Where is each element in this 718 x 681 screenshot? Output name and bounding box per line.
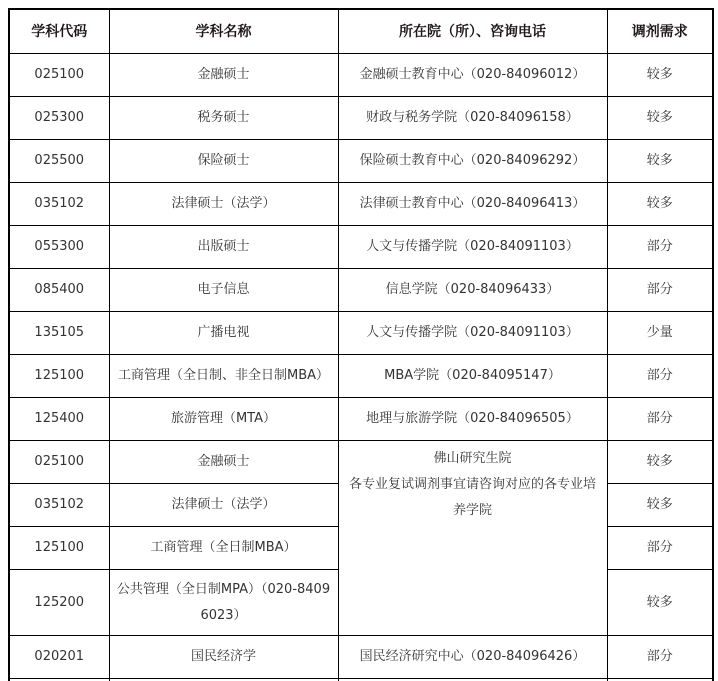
subject-name-cell: 法律硕士（法学） <box>109 183 338 226</box>
subject-code-cell: 085400 <box>9 269 109 312</box>
subject-name-cell: 法律硕士（法学） <box>109 484 338 527</box>
demand-cell: 较多 <box>607 54 713 97</box>
subject-code-cell: 125100 <box>9 527 109 570</box>
demand-cell: 较多 <box>607 570 713 636</box>
demand-cell: 少量 <box>607 312 713 355</box>
college-phone-cell: MBA学院（020-84095147） <box>338 355 607 398</box>
college-phone-cell: 保险硕士教育中心（020-84096292） <box>338 140 607 183</box>
subject-name-cell: 金融硕士 <box>109 54 338 97</box>
table-row: 135105 广播电视 人文与传播学院（020-84091103） 少量 <box>9 312 713 355</box>
subject-name-cell: 国民经济学 <box>109 636 338 679</box>
demand-cell: 较多 <box>607 140 713 183</box>
college-phone-cell: 人文与传播学院（020-84091103） <box>338 226 607 269</box>
table-row: 025500 保险硕士 保险硕士教育中心（020-84096292） 较多 <box>9 140 713 183</box>
subject-name-cell: 电子信息 <box>109 269 338 312</box>
transfer-demand-table: 学科代码 学科名称 所在院（所）、咨询电话 调剂需求 025100 金融硕士 金… <box>8 8 714 681</box>
subject-code-cell: 035102 <box>9 183 109 226</box>
table-row: 125100 工商管理（全日制、非全日制MBA） MBA学院（020-84095… <box>9 355 713 398</box>
subject-code-cell: 025500 <box>9 140 109 183</box>
college-phone-cell: 国民经济研究中心（020-84096426） <box>338 636 607 679</box>
college-phone-cell: 地理与旅游学院（020-84096505） <box>338 398 607 441</box>
subject-code-cell: 025100 <box>9 441 109 484</box>
subject-code-cell: 125200 <box>9 570 109 636</box>
college-phone-cell: 财政与税务学院（020-84096158） <box>338 97 607 140</box>
subject-code-cell: 020201 <box>9 636 109 679</box>
header-transfer-demand: 调剂需求 <box>607 9 713 54</box>
subject-name-cell: 广播电视 <box>109 312 338 355</box>
demand-cell: 部分 <box>607 636 713 679</box>
table-row: 085400 电子信息 信息学院（020-84096433） 部分 <box>9 269 713 312</box>
demand-cell: 较多 <box>607 183 713 226</box>
subject-name-cell: 公共管理（全日制MPA）（020-84096023） <box>109 570 338 636</box>
demand-cell: 部分 <box>607 527 713 570</box>
subject-name-cell: 工商管理（全日制、非全日制MBA） <box>109 355 338 398</box>
header-subject-code: 学科代码 <box>9 9 109 54</box>
subject-code-cell: 125400 <box>9 398 109 441</box>
table-header-row: 学科代码 学科名称 所在院（所）、咨询电话 调剂需求 <box>9 9 713 54</box>
merged-college-line1: 佛山研究生院 <box>345 446 601 472</box>
demand-cell: 部分 <box>607 269 713 312</box>
demand-cell: 较多 <box>607 97 713 140</box>
table-row: 025100 金融硕士 佛山研究生院 各专业复试调剂事宜请咨询对应的各专业培养学… <box>9 441 713 484</box>
document-page: 学科代码 学科名称 所在院（所）、咨询电话 调剂需求 025100 金融硕士 金… <box>0 0 718 681</box>
table-row: 035102 法律硕士（法学） 法律硕士教育中心（020-84096413） 较… <box>9 183 713 226</box>
college-phone-cell: 金融硕士教育中心（020-84096012） <box>338 54 607 97</box>
table-row: 025300 税务硕士 财政与税务学院（020-84096158） 较多 <box>9 97 713 140</box>
table-row: 055300 出版硕士 人文与传播学院（020-84091103） 部分 <box>9 226 713 269</box>
table-row: 020201 国民经济学 国民经济研究中心（020-84096426） 部分 <box>9 636 713 679</box>
subject-code-cell: 025100 <box>9 54 109 97</box>
subject-code-cell: 035102 <box>9 484 109 527</box>
subject-code-cell: 025300 <box>9 97 109 140</box>
demand-cell: 较多 <box>607 484 713 527</box>
merged-college-cell: 佛山研究生院 各专业复试调剂事宜请咨询对应的各专业培养学院 <box>338 441 607 636</box>
table-row: 025100 金融硕士 金融硕士教育中心（020-84096012） 较多 <box>9 54 713 97</box>
college-phone-cell: 信息学院（020-84096433） <box>338 269 607 312</box>
subject-code-cell: 125100 <box>9 355 109 398</box>
subject-name-cell: 旅游管理（MTA） <box>109 398 338 441</box>
demand-cell: 较多 <box>607 441 713 484</box>
demand-cell: 部分 <box>607 398 713 441</box>
subject-name-cell: 出版硕士 <box>109 226 338 269</box>
subject-name-cell: 税务硕士 <box>109 97 338 140</box>
subject-name-cell: 保险硕士 <box>109 140 338 183</box>
merged-college-line2: 各专业复试调剂事宜请咨询对应的各专业培养学院 <box>345 472 601 524</box>
demand-cell: 部分 <box>607 226 713 269</box>
college-phone-cell: 法律硕士教育中心（020-84096413） <box>338 183 607 226</box>
college-phone-cell: 人文与传播学院（020-84091103） <box>338 312 607 355</box>
subject-name-cell: 金融硕士 <box>109 441 338 484</box>
subject-code-cell: 055300 <box>9 226 109 269</box>
demand-cell: 部分 <box>607 355 713 398</box>
subject-name-cell: 工商管理（全日制MBA） <box>109 527 338 570</box>
header-college-phone: 所在院（所）、咨询电话 <box>338 9 607 54</box>
table-row: 125400 旅游管理（MTA） 地理与旅游学院（020-84096505） 部… <box>9 398 713 441</box>
subject-code-cell: 135105 <box>9 312 109 355</box>
header-subject-name: 学科名称 <box>109 9 338 54</box>
